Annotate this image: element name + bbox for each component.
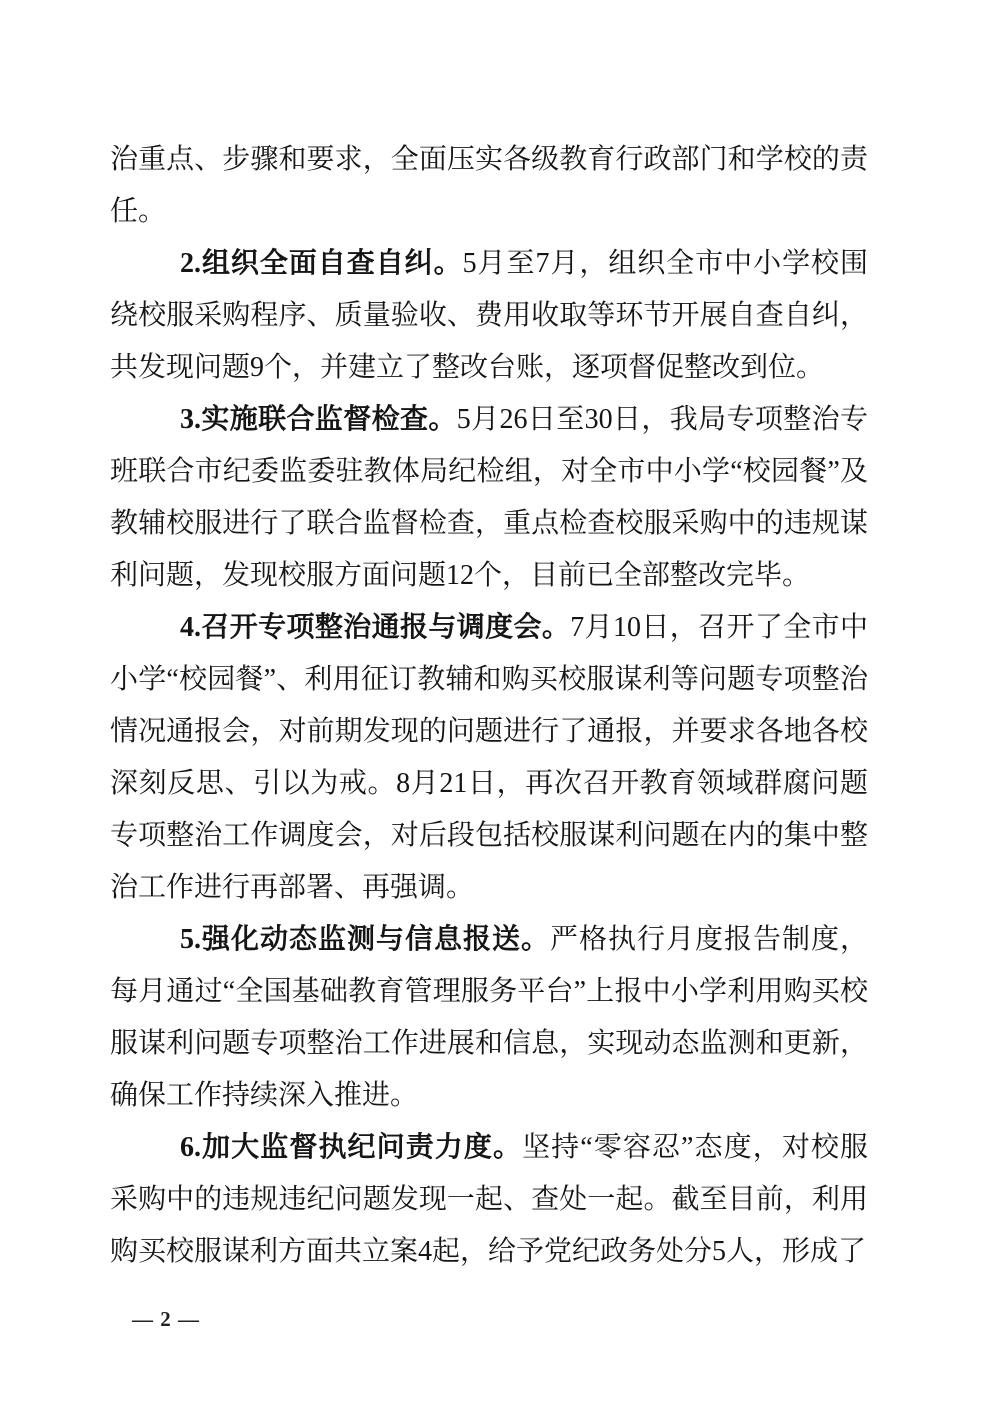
- page-number: — 2 —: [132, 1303, 200, 1335]
- paragraph-heading: 2.组织全面自查自纠。: [180, 248, 463, 279]
- paragraph-item-4: 4.召开专项整治通报与调度会。7月10日，召开了全市中小学“校园餐”、利用征订教…: [110, 602, 868, 914]
- document-body: 治重点、步骤和要求，全面压实各级教育行政部门和学校的责任。 2.组织全面自查自纠…: [110, 134, 868, 1278]
- paragraph-item-5: 5.强化动态监测与信息报送。严格执行月度报告制度，每月通过“全国基础教育管理服务…: [110, 914, 868, 1122]
- paragraph-body-text: 7月10日，召开了全市中小学“校园餐”、利用征订教辅和购买校服谋利等问题专项整治…: [110, 612, 868, 903]
- paragraph-body-text: 治重点、步骤和要求，全面压实各级教育行政部门和学校的责任。: [110, 144, 868, 227]
- paragraph-heading: 6.加大监督执纪问责力度。: [180, 1132, 522, 1163]
- paragraph-item-6: 6.加大监督执纪问责力度。坚持“零容忍”态度，对校服采购中的违规违纪问题发现一起…: [110, 1122, 868, 1278]
- paragraph-heading: 5.强化动态监测与信息报送。: [180, 924, 550, 955]
- document-page: 治重点、步骤和要求，全面压实各级教育行政部门和学校的责任。 2.组织全面自查自纠…: [0, 0, 1000, 1414]
- paragraph-heading: 4.召开专项整治通报与调度会。: [180, 612, 570, 643]
- paragraph-heading: 3.实施联合监督检查。: [180, 404, 457, 435]
- paragraph-continuation: 治重点、步骤和要求，全面压实各级教育行政部门和学校的责任。: [110, 134, 868, 238]
- paragraph-item-3: 3.实施联合监督检查。5月26日至30日，我局专项整治专班联合市纪委监委驻教体局…: [110, 394, 868, 602]
- paragraph-item-2: 2.组织全面自查自纠。5月至7月，组织全市中小学校围绕校服采购程序、质量验收、费…: [110, 238, 868, 394]
